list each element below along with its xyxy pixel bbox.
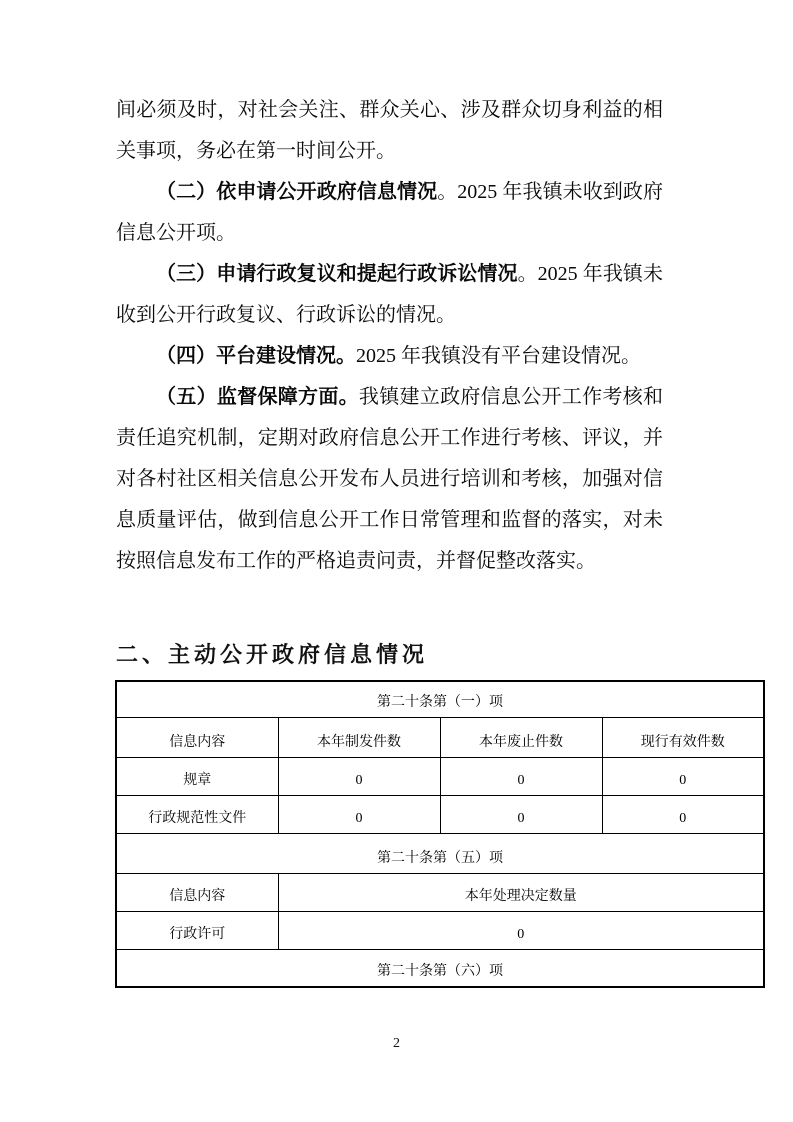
table-section-title: 第二十条第（六）项 [116,949,764,987]
table-header-row: 信息内容 本年处理决定数量 [116,873,764,911]
table-section-row: 第二十条第（一）项 [116,681,764,717]
table-row: 行政规范性文件 0 0 0 [116,795,764,833]
paragraph-text: 2025 年我镇没有平台建设情况。 [356,345,641,367]
body-text: 间必须及时，对社会关注、群众关心、涉及群众切身利益的相关事项，务必在第一时间公开… [116,90,663,582]
value-cell: 0 [278,757,440,795]
value-cell: 0 [278,911,764,949]
table-header-row: 信息内容 本年制发件数 本年废止件数 现行有效件数 [116,717,764,757]
table-row: 行政许可 0 [116,911,764,949]
paragraph-continuation: 间必须及时，对社会关注、群众关心、涉及群众切身利益的相关事项，务必在第一时间公开… [116,90,663,172]
table-section-row: 第二十条第（五）项 [116,833,764,873]
table-section-title: 第二十条第（五）项 [116,833,764,873]
paragraph-text: 我镇建立政府信息公开工作考核和责任追究机制，定期对政府信息公开工作进行考核、评议… [116,386,663,572]
paragraph-item-4: （四）平台建设情况。2025 年我镇没有平台建设情况。 [116,336,663,377]
section-heading: 二、主动公开政府信息情况 [116,644,428,666]
column-header-cell: 本年制发件数 [278,717,440,757]
table-section-title: 第二十条第（一）项 [116,681,764,717]
row-label-cell: 规章 [116,757,278,795]
row-label-cell: 行政规范性文件 [116,795,278,833]
subsection-title: （三）申请行政复议和提起行政诉讼情况 [156,263,518,285]
paragraph-item-3: （三）申请行政复议和提起行政诉讼情况。2025 年我镇未收到公开行政复议、行政诉… [116,254,663,336]
paragraph-text: 间必须及时，对社会关注、群众关心、涉及群众切身利益的相关事项，务必在第一时间公开… [116,99,663,162]
value-cell: 0 [440,795,602,833]
value-cell: 0 [440,757,602,795]
table-section-row: 第二十条第（六）项 [116,949,764,987]
paragraph-item-5: （五）监督保障方面。我镇建立政府信息公开工作考核和责任追究机制，定期对政府信息公… [116,377,663,582]
page-number: 2 [0,1036,793,1052]
table-row: 规章 0 0 0 [116,757,764,795]
column-header-cell: 信息内容 [116,717,278,757]
column-header-cell: 信息内容 [116,873,278,911]
paragraph-item-2: （二）依申请公开政府信息情况。2025 年我镇未收到政府信息公开项。 [116,172,663,254]
row-label-cell: 行政许可 [116,911,278,949]
disclosure-table: 第二十条第（一）项 信息内容 本年制发件数 本年废止件数 现行有效件数 规章 0… [115,680,765,988]
column-header-cell: 现行有效件数 [602,717,764,757]
value-cell: 0 [602,757,764,795]
subsection-title: （二）依申请公开政府信息情况 [156,181,437,203]
column-header-cell: 本年废止件数 [440,717,602,757]
subsection-title: （五）监督保障方面。 [156,386,359,408]
document-page: 间必须及时，对社会关注、群众关心、涉及群众切身利益的相关事项，务必在第一时间公开… [0,0,793,1122]
value-cell: 0 [602,795,764,833]
column-header-cell: 本年处理决定数量 [278,873,764,911]
subsection-title: （四）平台建设情况。 [156,345,356,367]
value-cell: 0 [278,795,440,833]
